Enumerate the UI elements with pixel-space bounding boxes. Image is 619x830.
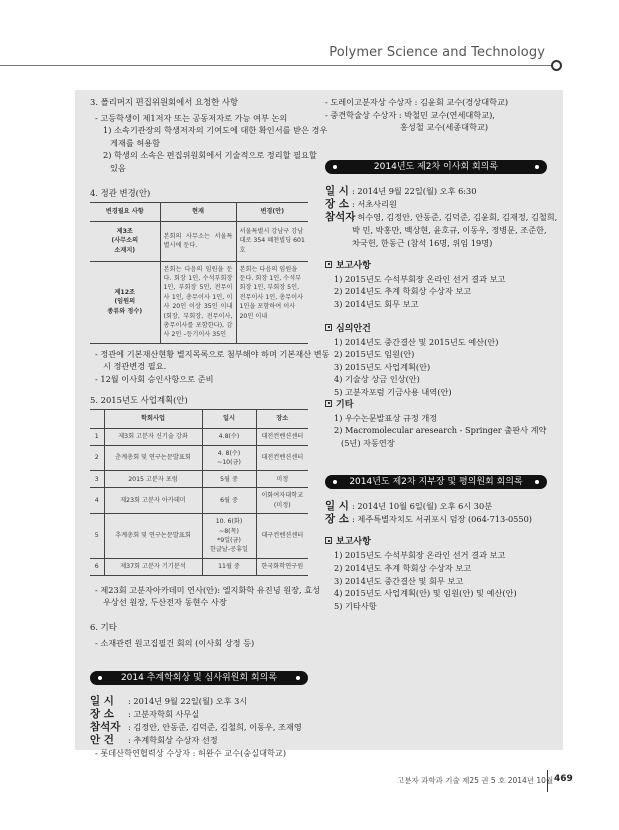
plan-place: 대구컨벤션센터	[256, 514, 308, 559]
section-6-title: 6. 기타	[90, 621, 308, 634]
date-value: : 2014년 10월 6일(월) 오후 6시 30분	[352, 501, 492, 511]
awards-committee-banner: 2014 추계학회상 및 심사위원회 회의록	[90, 671, 308, 685]
awards-committee-minutes: 2014 추계학회상 및 심사위원회 회의록 일 시: 2014년 9월 22일…	[90, 671, 308, 760]
bylaw-proposed: 본회는 다음의 임원을 둔다. 회장 1인, 수석부회장 1인, 부회장 5인,…	[236, 261, 308, 343]
report-item: 1) 2015년도 수석부회장 온라인 선거 결과 보고	[325, 549, 547, 562]
section-3-line: 2) 학생의 소속은 편집위원회에서 기술적으로 정리할 필요할	[90, 149, 308, 162]
report-heading: 보고사항	[325, 260, 547, 273]
publication-info: 고분자 과학과 기술 제25 권 5 호 2014년 10월	[397, 775, 553, 786]
section-4-note: - 정관에 기본재산현황 별지목록으로 첨부해야 하며 기본재산 변동	[90, 348, 308, 361]
square-bullet-icon	[325, 400, 332, 407]
board-meeting-minutes: 2014년도 제2차 이사회 회의록 일 시: 2014년 9월 22일(월) …	[325, 160, 547, 450]
plan-event: 춘계총회 및 연구논문발표회	[104, 445, 202, 471]
deliberation-item: 2) 2015년도 임원(안)	[325, 348, 547, 361]
bylaw-current: 본회의 사무소는 서울특별시에 둔다.	[160, 221, 236, 261]
section-4-note: - 12월 이사회 승인사항으로 준비	[90, 373, 308, 386]
section-5-title: 5. 2015년도 사업계획(안)	[90, 394, 308, 407]
plan-no: 5	[90, 514, 104, 559]
place-value: : 고분자학회 사무실	[128, 709, 199, 719]
bullet-dot-icon	[535, 165, 539, 169]
section-3-line: 게재를 허용함	[90, 137, 308, 150]
plan-no: 2	[90, 445, 104, 471]
table-row: 4 제23회 고분자 아카데미 6월 중 이화여자대학교 (미정)	[90, 488, 308, 514]
section-3-line: 있음	[90, 162, 308, 175]
place-label: 장 소	[325, 198, 352, 211]
award-winner-line: - 롯데산학연협력상 수상자 : 허완수 교수(숭실대학교)	[90, 747, 308, 760]
plan-date: 5월 중	[202, 471, 256, 488]
header-rule	[0, 65, 552, 66]
table-header-cell: 장소	[256, 410, 308, 428]
attendees-label: 참석자	[325, 211, 352, 224]
plan-place: 대전컨벤션센터	[256, 445, 308, 471]
meeting-place: 장 소: 제주특별자치도 서귀포시 덤장 (064-713-0550)	[325, 513, 547, 526]
place-label: 장 소	[90, 708, 128, 721]
attendees-label: 참석자	[90, 721, 128, 734]
place-value: : 서초사리원	[352, 199, 397, 209]
deliberation-item: 3) 2015년도 사업계획(안)	[325, 361, 547, 374]
bullet-dot-icon	[333, 480, 337, 484]
meeting-place: 장 소: 고분자학회 사무실	[90, 708, 308, 721]
plan-place: 한국화학연구원	[256, 558, 308, 575]
meeting-attendees: 참석자: 김정안, 안동준, 김덕준, 김철희, 이동우, 조재영	[90, 721, 308, 734]
plan-date: 4.8(수)	[202, 428, 256, 445]
section-4: 4. 정관 변경(안) 변경필요 사항 현재 변경(안) 제3조 (사무소의 소…	[90, 187, 308, 386]
meeting-date: 일 시: 2014년 9월 22일(월) 오후 3시	[90, 695, 308, 708]
report-item: 1) 2015년도 수석부회장 온라인 선거 결과 보고	[325, 273, 547, 286]
award-winner-line: - 중견학술상 수상자 : 박철민 교수(연세대학교),	[325, 109, 547, 122]
table-header-cell: 학회사업	[104, 410, 202, 428]
banner-title: 2014 추계학회상 및 심사위원회 회의록	[121, 673, 277, 683]
bylaw-current: 본회는 다음의 임원을 둔다. 회장 1인, 수석부회장 1인, 부회장 5인,…	[160, 261, 236, 343]
header-circle-ornament	[551, 60, 562, 71]
table-row: 3 2015 고분자 포럼 5월 중 미정	[90, 471, 308, 488]
other-heading: 기타	[325, 399, 547, 412]
plan-no: 4	[90, 488, 104, 514]
plan-event: 제23회 고분자 아카데미	[104, 488, 202, 514]
section-5-note: 우상선 원장, 두산전자 동현수 사장	[90, 596, 308, 609]
attendees-value: : 김정안, 안동준, 김덕준, 김철희, 이동우, 조재영	[128, 722, 302, 732]
place-value: : 제주특별자치도 서귀포시 덤장 (064-713-0550)	[352, 514, 532, 524]
award-winner-line: - 도레이고분자상 수상자 : 김윤회 교수(경상대학교)	[325, 96, 547, 109]
plan-no: 3	[90, 471, 104, 488]
attendees-continued: 박 민, 박홍만, 백상현, 윤호규, 이동우, 정병문, 조준한,	[325, 224, 547, 237]
plan-place: 이화여자대학교 (미정)	[256, 488, 308, 514]
table-header-cell: 현재	[160, 203, 236, 221]
award-winners: - 도레이고분자상 수상자 : 김윤회 교수(경상대학교) - 중견학술상 수상…	[325, 96, 547, 134]
date-label: 일 시	[90, 695, 128, 708]
agenda-value: : 추계학회상 수상자 선정	[128, 735, 218, 745]
section-5: 5. 2015년도 사업계획(안) 학회사업 일시 장소 1 제3회 고분자 신…	[90, 394, 308, 609]
meeting-date: 일 시: 2014년 9월 22일(월) 오후 6:30	[325, 185, 547, 198]
table-header-cell: 일시	[202, 410, 256, 428]
report-item: 2) 2014년도 추계 학회상 수상자 보고	[325, 285, 547, 298]
right-column: - 도레이고분자상 수상자 : 김윤회 교수(경상대학교) - 중견학술상 수상…	[325, 96, 547, 612]
deliberation-item: 4) 기술상 상금 인상(안)	[325, 373, 547, 386]
table-row: 제12조 (임원의 종류와 정수) 본회는 다음의 임원을 둔다. 회장 1인,…	[90, 261, 308, 343]
section-6-line: - 소재관련 원고집필건 회의 (이사회 상정 등)	[90, 637, 308, 650]
left-column: 3. 폴리머지 편집위원회에서 요청한 사항 - 고등학생이 제1저자 또는 공…	[90, 96, 308, 760]
journal-title: Polymer Science and Technology	[329, 45, 545, 60]
banner-title: 2014년도 제2차 지부장 및 평의원회 회의록	[349, 477, 522, 487]
square-bullet-icon	[325, 537, 332, 544]
section-3: 3. 폴리머지 편집위원회에서 요청한 사항 - 고등학생이 제1저자 또는 공…	[90, 96, 308, 175]
banner-title: 2014년도 제2차 이사회 회의록	[374, 162, 498, 172]
report-heading: 보고사항	[325, 536, 547, 549]
bullet-dot-icon	[98, 676, 102, 680]
plan-no: 6	[90, 558, 104, 575]
date-label: 일 시	[325, 500, 352, 513]
bylaw-item: 제3조 (사무소의 소재지)	[90, 221, 160, 261]
square-bullet-icon	[325, 261, 332, 268]
section-4-title: 4. 정관 변경(안)	[90, 187, 308, 200]
section-3-line: - 고등학생이 제1저자 또는 공동저자로 가능 여부 논의	[90, 112, 308, 125]
report-item: 2) 2014년도 추계 학회상 수상자 보고	[325, 562, 547, 575]
plan-date: 6월 중	[202, 488, 256, 514]
plan-date: 10. 6(화) ~8(목) *9일(금) 한글날-공휴일	[202, 514, 256, 559]
table-row: 1 제3회 고분자 신기술 강좌 4.8(수) 대전컨벤션센터	[90, 428, 308, 445]
plan-no: 1	[90, 428, 104, 445]
plan-event: 제3회 고분자 신기술 강좌	[104, 428, 202, 445]
date-value: : 2014년 9월 22일(월) 오후 3시	[128, 696, 247, 706]
agenda-label: 안 건	[90, 734, 128, 747]
table-header-row: 변경필요 사항 현재 변경(안)	[90, 203, 308, 221]
plan-event: 추계총회 및 연구논문발표회	[104, 514, 202, 559]
date-label: 일 시	[325, 185, 352, 198]
section-6: 6. 기타 - 소재관련 원고집필건 회의 (이사회 상정 등)	[90, 621, 308, 649]
bylaw-proposed: 서울특별시 강남구 강남대로 354 혜천빌딩 601호	[236, 221, 308, 261]
bullet-dot-icon	[333, 165, 337, 169]
meeting-date: 일 시: 2014년 10월 6일(월) 오후 6시 30분	[325, 500, 547, 513]
attendees-value: : 허수영, 김정안, 안동준, 김덕준, 김윤회, 김재정, 김철희,	[352, 212, 557, 222]
plan-event: 제37회 고분자 기기분석	[104, 558, 202, 575]
branch-meeting-minutes: 2014년도 제2차 지부장 및 평의원회 회의록 일 시: 2014년 10월…	[325, 475, 547, 612]
section-5-note: - 제23회 고분자아카데미 연사(안): 엘지화학 유진녕 원장, 효성	[90, 584, 308, 597]
report-item: 3) 2014년도 중간결산 및 회무 보고	[325, 575, 547, 588]
place-label: 장 소	[325, 513, 352, 526]
plan-date: 4. 8(수) ~10(금)	[202, 445, 256, 471]
deliberation-item: 1) 2014년도 중간결산 및 2015년도 예산(안)	[325, 336, 547, 349]
table-row: 2 춘계총회 및 연구논문발표회 4. 8(수) ~10(금) 대전컨벤션센터	[90, 445, 308, 471]
section-3-title: 3. 폴리머지 편집위원회에서 요청한 사항	[90, 96, 308, 109]
award-winner-line: 홍성철 교수(세종대학교)	[325, 121, 547, 134]
table-header-cell: 변경필요 사항	[90, 203, 160, 221]
other-item: 1) 우수논문발표상 규정 개정	[325, 412, 547, 425]
bylaw-change-table: 변경필요 사항 현재 변경(안) 제3조 (사무소의 소재지) 본회의 사무소는…	[90, 202, 308, 344]
table-row: 5 추계총회 및 연구논문발표회 10. 6(화) ~8(목) *9일(금) 한…	[90, 514, 308, 559]
plan-date: 11월 중	[202, 558, 256, 575]
other-item-continued: (5년) 자동연장	[325, 437, 547, 450]
table-header-row: 학회사업 일시 장소	[90, 410, 308, 428]
bullet-dot-icon	[296, 676, 300, 680]
plan-event: 2015 고분자 포럼	[104, 471, 202, 488]
deliberation-heading: 심의안건	[325, 323, 547, 336]
report-item: 4) 2015년도 사업계획(안) 및 임원(안) 및 예산(안)	[325, 587, 547, 600]
bylaw-item: 제12조 (임원의 종류와 정수)	[90, 261, 160, 343]
board-meeting-banner: 2014년도 제2차 이사회 회의록	[325, 160, 547, 174]
plan-place: 미정	[256, 471, 308, 488]
meeting-attendees: 참석자: 허수영, 김정안, 안동준, 김덕준, 김윤회, 김재정, 김철희,	[325, 211, 547, 224]
meeting-agenda: 안 건: 추계학회상 수상자 선정	[90, 734, 308, 747]
table-header-cell: 변경(안)	[236, 203, 308, 221]
table-row: 6 제37회 고분자 기기분석 11월 중 한국화학연구원	[90, 558, 308, 575]
plan-place: 대전컨벤션센터	[256, 428, 308, 445]
report-item: 5) 기타사항	[325, 600, 547, 613]
deliberation-item: 5) 고분자포럼 기금사용 내역(안)	[325, 386, 547, 399]
date-value: : 2014년 9월 22일(월) 오후 6:30	[352, 186, 476, 196]
table-header-cell	[90, 410, 104, 428]
footer-divider	[547, 770, 548, 792]
report-item: 3) 2014년도 회무 보고	[325, 298, 547, 311]
page-number: 469	[554, 774, 573, 784]
meeting-place: 장 소: 서초사리원	[325, 198, 547, 211]
table-row: 제3조 (사무소의 소재지) 본회의 사무소는 서울특별시에 둔다. 서울특별시…	[90, 221, 308, 261]
branch-meeting-banner: 2014년도 제2차 지부장 및 평의원회 회의록	[325, 475, 547, 489]
square-bullet-icon	[325, 324, 332, 331]
other-item: 2) Macromolecular aresearch - Springer 출…	[325, 424, 547, 437]
attendees-continued: 차국헌, 한동근 (참석 16명, 위임 19명)	[325, 237, 547, 250]
section-4-note: 시 정관변경 필요.	[90, 360, 308, 373]
business-plan-table: 학회사업 일시 장소 1 제3회 고분자 신기술 강좌 4.8(수) 대전컨벤션…	[90, 409, 308, 576]
bullet-dot-icon	[535, 480, 539, 484]
section-3-line: 1) 소속기관장의 학생저자의 기여도에 대한 확인서를 받은 경우	[90, 124, 308, 137]
